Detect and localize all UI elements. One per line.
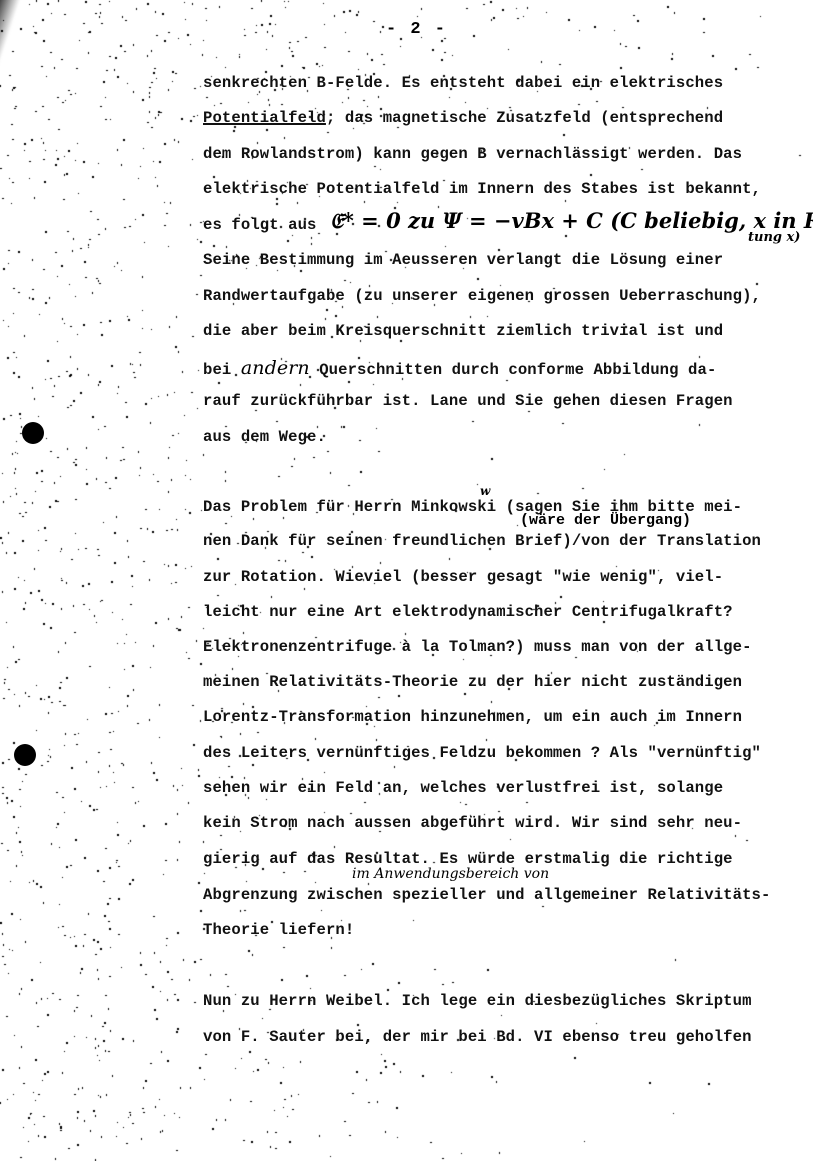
text-span: ; das magnetische Zusatzfeld (entspreche… bbox=[326, 109, 723, 127]
text-line: rauf zurückführbar ist. Lane und Sie geh… bbox=[203, 392, 733, 410]
text-line: senkrechten B-Felde. Es entsteht dabei e… bbox=[203, 74, 723, 92]
text-line: Randwertaufgabe (zu unserer eigenen gros… bbox=[203, 287, 761, 305]
text-line: des Leiters vernünftiges Feldzu bekommen… bbox=[203, 744, 761, 762]
text-line: aus dem Wege. bbox=[203, 428, 326, 446]
text-line: Theorie liefern! bbox=[203, 921, 354, 939]
text-line: Elektronenzentrifuge à la Tolman?) muss … bbox=[203, 638, 752, 656]
handwritten-formula-continuation: tung x) bbox=[748, 230, 800, 245]
text-line: Potentialfeld; das magnetische Zusatzfel… bbox=[203, 109, 723, 127]
text-line: kein Strom nach aussen abgeführt wird. W… bbox=[203, 814, 742, 832]
text-line: nen Dank für seinen freundlichen Brief)/… bbox=[203, 532, 761, 550]
text-line: Seine Bestimmung im Aeusseren verlangt d… bbox=[203, 251, 723, 269]
text-line: elektrische Potentialfeld im Innern des … bbox=[203, 180, 761, 198]
text-line: die aber beim Kreisquerschnitt ziemlich … bbox=[203, 322, 723, 340]
text-line: leicht nur eine Art elektrodynamischer C… bbox=[203, 603, 733, 621]
text-line: bei andern Querschnitten durch conforme … bbox=[203, 357, 716, 379]
typed-insert-uebergang: (wäre der Übergang) bbox=[520, 512, 691, 529]
text-span: Querschnitten durch conforme Abbildung d… bbox=[319, 361, 716, 379]
underlined-term: Potentialfeld bbox=[203, 109, 326, 127]
handwritten-correction-w: w bbox=[480, 484, 490, 498]
handwritten-insert-anwendungsbereich: im Anwendungsbereich von bbox=[352, 866, 549, 882]
text-line: Lorentz-Transformation hinzunehmen, um e… bbox=[203, 708, 742, 726]
text-line: dem Rowlandstrom) kann gegen B vernachlä… bbox=[203, 145, 742, 163]
text-line: es folgt aus bbox=[203, 216, 317, 234]
punch-hole-top bbox=[22, 422, 44, 444]
text-span: bei bbox=[203, 361, 231, 379]
page-number: - 2 - bbox=[386, 20, 447, 39]
text-line: zur Rotation. Wieviel (besser gesagt "wi… bbox=[203, 568, 723, 586]
punch-hole-bottom bbox=[14, 744, 36, 766]
scanned-letter-page: - 2 - senkrechten B-Felde. Es entsteht d… bbox=[0, 0, 813, 1161]
text-line: von F. Sauter bei, der mir bei Bd. VI eb… bbox=[203, 1028, 752, 1046]
text-line: meinen Relativitäts-Theorie zu der hier … bbox=[203, 673, 742, 691]
handwritten-formula: 𝔈* = 0 zu Ψ = −vBx + C (C beliebig, x in… bbox=[330, 208, 813, 234]
dark-margin-stroke bbox=[0, 0, 27, 492]
text-line: sehen wir ein Feld an, welches verlustfr… bbox=[203, 779, 723, 797]
handwritten-word-andern: andern bbox=[241, 357, 310, 379]
text-line: Nun zu Herrn Weibel. Ich lege ein diesbe… bbox=[203, 992, 752, 1010]
text-line: Abgrenzung zwischen spezieller und allge… bbox=[203, 886, 770, 904]
